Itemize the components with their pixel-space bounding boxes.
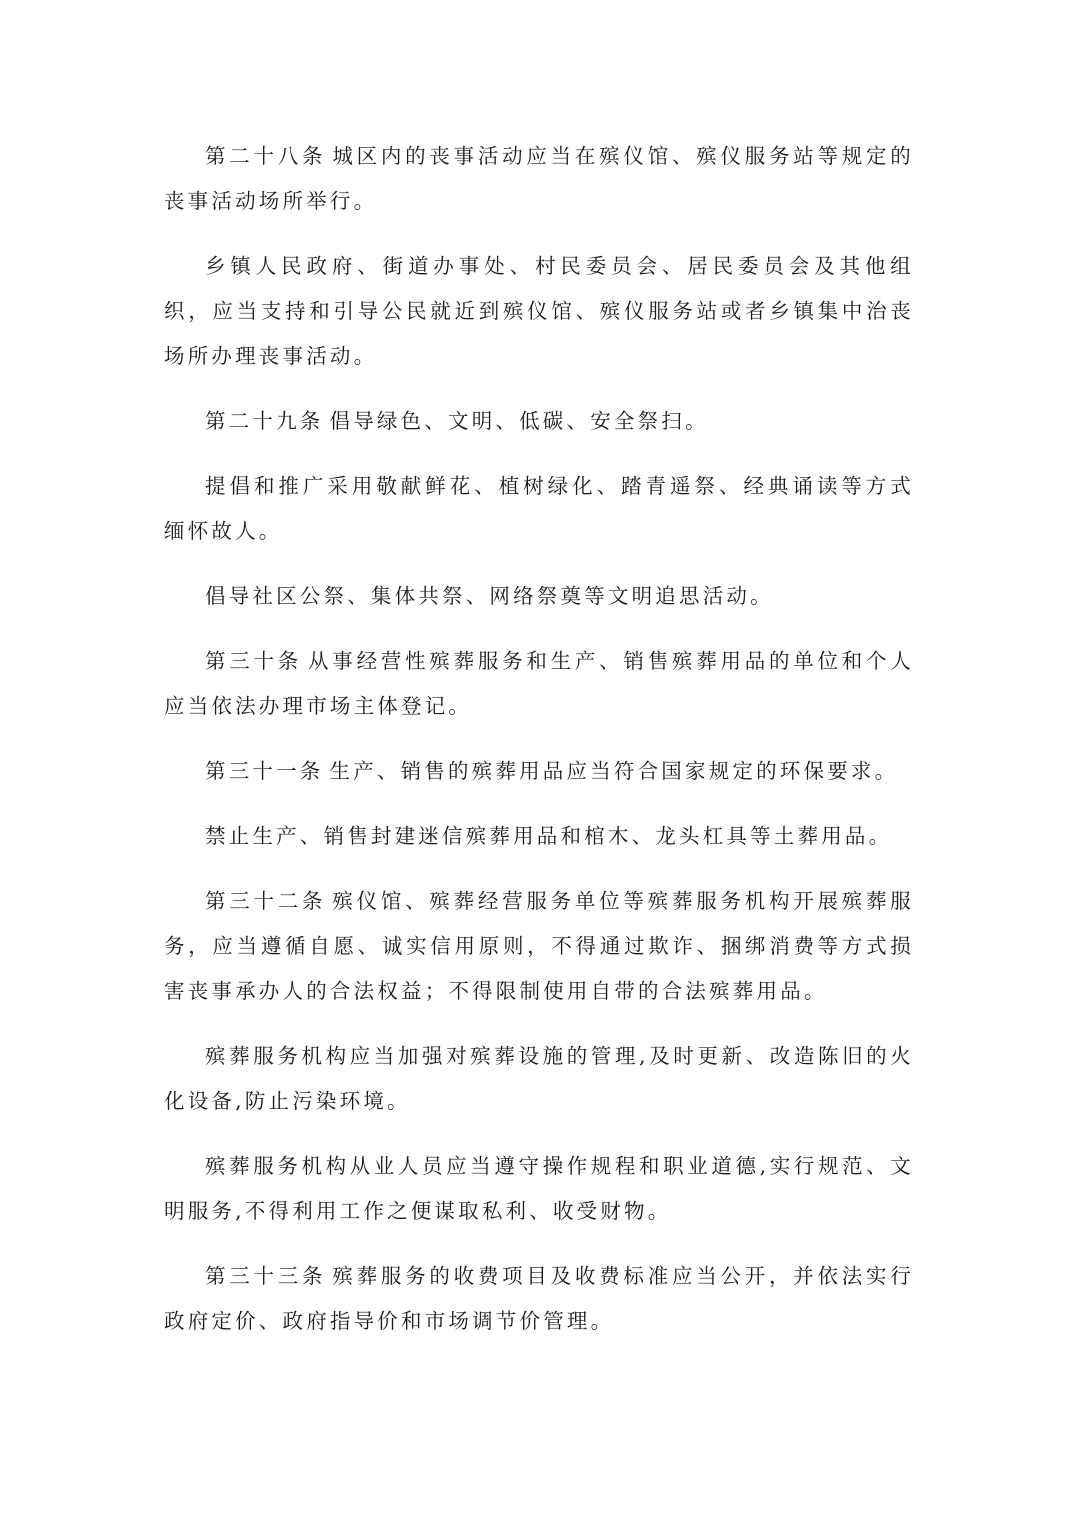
article-number: 第二十八条 — [205, 144, 326, 168]
paragraph-article-33: 第三十三条殡葬服务的收费项目及收费标准应当公开，并依法实行政府定价、政府指导价和… — [164, 1254, 914, 1344]
paragraph: 禁止生产、销售封建迷信殡葬用品和棺木、龙头杠具等土葬用品。 — [164, 814, 914, 859]
article-number: 第三十三条 — [205, 1264, 326, 1288]
article-number: 第三十二条 — [205, 889, 326, 913]
paragraph: 殡葬服务机构从业人员应当遵守操作规程和职业道德,实行规范、文明服务,不得利用工作… — [164, 1144, 914, 1234]
paragraph-article-29: 第二十九条倡导绿色、文明、低碳、安全祭扫。 — [164, 399, 914, 444]
paragraph-article-28: 第二十八条城区内的丧事活动应当在殡仪馆、殡仪服务站等规定的丧事活动场所举行。 — [164, 134, 914, 224]
paragraph-article-30: 第三十条从事经营性殡葬服务和生产、销售殡葬用品的单位和个人应当依法办理市场主体登… — [164, 639, 914, 729]
paragraph: 乡镇人民政府、街道办事处、村民委员会、居民委员会及其他组织，应当支持和引导公民就… — [164, 244, 914, 379]
document-body: 第二十八条城区内的丧事活动应当在殡仪馆、殡仪服务站等规定的丧事活动场所举行。 乡… — [164, 134, 914, 1364]
paragraph: 倡导社区公祭、集体共祭、网络祭奠等文明追思活动。 — [164, 574, 914, 619]
paragraph-text: 倡导绿色、文明、低碳、安全祭扫。 — [330, 409, 709, 433]
paragraph-article-32: 第三十二条殡仪馆、殡葬经营服务单位等殡葬服务机构开展殡葬服务，应当遵循自愿、诚实… — [164, 879, 914, 1014]
article-number: 第三十条 — [205, 649, 302, 673]
paragraph: 提倡和推广采用敬献鲜花、植树绿化、踏青遥祭、经典诵读等方式缅怀故人。 — [164, 464, 914, 554]
article-number: 第二十九条 — [205, 409, 324, 433]
paragraph-text: 殡葬服务机构应当加强对殡葬设施的管理,及时更新、改造陈旧的火化设备,防止污染环境… — [164, 1044, 914, 1113]
paragraph: 殡葬服务机构应当加强对殡葬设施的管理,及时更新、改造陈旧的火化设备,防止污染环境… — [164, 1034, 914, 1124]
paragraph-text: 禁止生产、销售封建迷信殡葬用品和棺木、龙头杠具等土葬用品。 — [205, 824, 892, 848]
paragraph-article-31: 第三十一条生产、销售的殡葬用品应当符合国家规定的环保要求。 — [164, 749, 914, 794]
document-page: 第二十八条城区内的丧事活动应当在殡仪馆、殡仪服务站等规定的丧事活动场所举行。 乡… — [0, 0, 1074, 1520]
paragraph-text: 提倡和推广采用敬献鲜花、植树绿化、踏青遥祭、经典诵读等方式缅怀故人。 — [164, 474, 914, 543]
paragraph-text: 生产、销售的殡葬用品应当符合国家规定的环保要求。 — [330, 759, 899, 783]
paragraph-text: 殡葬服务机构从业人员应当遵守操作规程和职业道德,实行规范、文明服务,不得利用工作… — [164, 1154, 914, 1223]
paragraph-text: 乡镇人民政府、街道办事处、村民委员会、居民委员会及其他组织，应当支持和引导公民就… — [164, 254, 914, 368]
article-number: 第三十一条 — [205, 759, 324, 783]
paragraph-text: 倡导社区公祭、集体共祭、网络祭奠等文明追思活动。 — [205, 584, 774, 608]
